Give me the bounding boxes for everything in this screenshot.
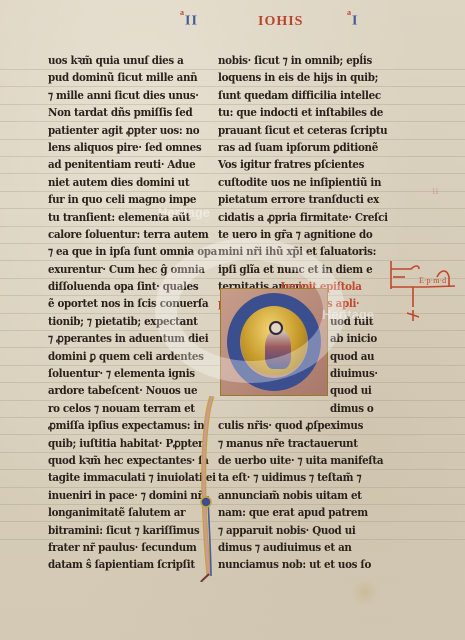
header-center: IOHIS bbox=[258, 14, 303, 30]
text-line: pud dominũ ſicut mille ann̄ bbox=[48, 69, 177, 86]
text-line: ꝓmiſſa ipſius expectamus: in bbox=[48, 417, 177, 434]
text-line: lens aliquos pire· ſed omnes bbox=[48, 139, 177, 156]
text-line: quod ui bbox=[330, 382, 365, 399]
text-line: ipſi glĩa et nunc et in diem e bbox=[218, 261, 356, 278]
text-line: quod kꝛm̃ hec expectantes· ſa bbox=[48, 452, 177, 469]
manuscript-page: aII IOHIS aI uos kꝛm̃ quia unuſ dies apu… bbox=[0, 0, 465, 640]
header-right-sup: a bbox=[347, 8, 352, 17]
text-line: mini nr̃i ihũ xp̃i et ſaluatoris: bbox=[218, 243, 356, 260]
text-line: Vos igitur fratres pſcientes bbox=[218, 156, 356, 173]
text-line: diuimus· bbox=[330, 365, 365, 382]
text-line: ta eſt· ⁊ uidimus ⁊ teſtam̃ ⁊ bbox=[218, 469, 356, 486]
text-line: inueniri in pace· ⁊ domini nr̃i bbox=[48, 487, 177, 504]
text-line: domini ꝑ quem celi ardentes bbox=[48, 348, 177, 365]
text-line: ⁊ ea que in ipſa ſunt omnia opa bbox=[48, 243, 177, 260]
text-line: ⁊ manus nr̃e tractauerunt bbox=[218, 435, 356, 452]
text-line: nobis· ſicut ⁊ in omnib; epĺis bbox=[218, 52, 356, 69]
header-left-sup: a bbox=[180, 8, 185, 17]
text-line: uos kꝛm̃ quia unuſ dies a bbox=[48, 52, 177, 69]
text-line: tu: que indocti et inſtabiles de bbox=[218, 104, 356, 121]
header-left-letter: II bbox=[185, 14, 198, 29]
text-line: diſſoluenda opa ſint· quales bbox=[48, 278, 177, 295]
text-line: nunciamus nob: ut et uos ſo bbox=[218, 556, 356, 573]
text-line: calore ſoluentur: terra autem bbox=[48, 226, 177, 243]
text-line: longanimitatẽ ſalutem ar bbox=[48, 504, 177, 521]
marginal-red-note: E·p·m·d bbox=[385, 255, 465, 325]
text-line: quib; iuſtitia habitat· Pꝓpter bbox=[48, 435, 177, 452]
text-line: patienter agit ꝓpter uos: no bbox=[48, 122, 177, 139]
text-line: ro celos ⁊ nouam terram et bbox=[48, 400, 177, 417]
figure-head bbox=[269, 321, 283, 335]
marginal-text: E·p·m·d bbox=[419, 276, 446, 285]
left-column: uos kꝛm̃ quia unuſ dies apud dominũ ſicu… bbox=[48, 52, 188, 574]
text-line: tagite immaculati ⁊ inuiolati ei bbox=[48, 469, 177, 486]
text-line: ſunt quedam difficilia intellec bbox=[218, 87, 356, 104]
seated-figure bbox=[265, 329, 291, 369]
initial-tail-flourish bbox=[199, 396, 217, 582]
text-line: dimus ⁊ audiuimus et an bbox=[218, 539, 356, 556]
running-header: aII IOHIS aI bbox=[0, 8, 465, 32]
text-line: exurentur· Cum hec ĝ omnia bbox=[48, 261, 177, 278]
text-line: ſoluentur· ⁊ elementa ignis bbox=[48, 365, 177, 382]
text-line: te uero in gr̃a ⁊ agnitione do bbox=[218, 226, 356, 243]
text-line: niet autem dies domini ut bbox=[48, 174, 177, 191]
text-line: pietatum errore tranſducti ex bbox=[218, 191, 356, 208]
faint-marginal-mark: ıı bbox=[432, 186, 440, 204]
text-line: ab inicio bbox=[330, 330, 365, 347]
text-line: nam: que erat apud patrem bbox=[218, 504, 356, 521]
text-line: ⁊ apparuit nobis· Quod ui bbox=[218, 522, 356, 539]
text-line: fur in quo celi magno impe bbox=[48, 191, 177, 208]
text-line: cidatis a ꝓpria firmitate· Creſci bbox=[218, 209, 356, 226]
header-right: aI bbox=[347, 12, 358, 30]
text-line: loquens in eis de hijs in quib; bbox=[218, 69, 356, 86]
text-line: culis nr̃is· quod ꝓſpeximus bbox=[218, 417, 356, 434]
text-line: prauant ſicut et ceteras ſcriptu bbox=[218, 122, 356, 139]
text-line: ẽ oportet nos in ſcis conuerſa bbox=[48, 295, 177, 312]
text-line: Non tardat dñs pmiſſis ſed bbox=[48, 104, 177, 121]
text-line: ⁊ mille anni ſicut dies unus· bbox=[48, 87, 177, 104]
text-line: annunciam̃ nobis uitam et bbox=[218, 487, 356, 504]
header-left: aII bbox=[180, 12, 198, 30]
text-line: ⁊ ꝓperantes in aduentum diei bbox=[48, 330, 177, 347]
illuminated-initial-q bbox=[220, 288, 328, 396]
text-line: bitramini: ſicut ⁊ kariſſimus bbox=[48, 522, 177, 539]
text-line: ardore tabeſcent· Nouos ue bbox=[48, 382, 177, 399]
text-line: uod fuit bbox=[330, 313, 365, 330]
text-line: frater nr̃ paulus· ſecundum bbox=[48, 539, 177, 556]
header-right-letter: I bbox=[352, 14, 358, 29]
text-line: datam ŝ ſapientiam ſcripſit bbox=[48, 556, 177, 573]
text-line: ad penitentiam reuti· Adue bbox=[48, 156, 177, 173]
text-line: ras ad ſuam ipſorum ꝑditionẽ bbox=[218, 139, 356, 156]
text-line: cuſtodite uos ne inſipientiũ in bbox=[218, 174, 356, 191]
header-center-title: IOHIS bbox=[258, 14, 303, 29]
text-line: dimus o bbox=[330, 400, 365, 417]
text-line: quod au bbox=[330, 348, 365, 365]
text-line: tionib; ⁊ pietatib; expectant bbox=[48, 313, 177, 330]
text-line: de uerbo uite· ⁊ uita manifeſta bbox=[218, 452, 356, 469]
text-line: tu tranſient: elementa aũt bbox=[48, 209, 177, 226]
